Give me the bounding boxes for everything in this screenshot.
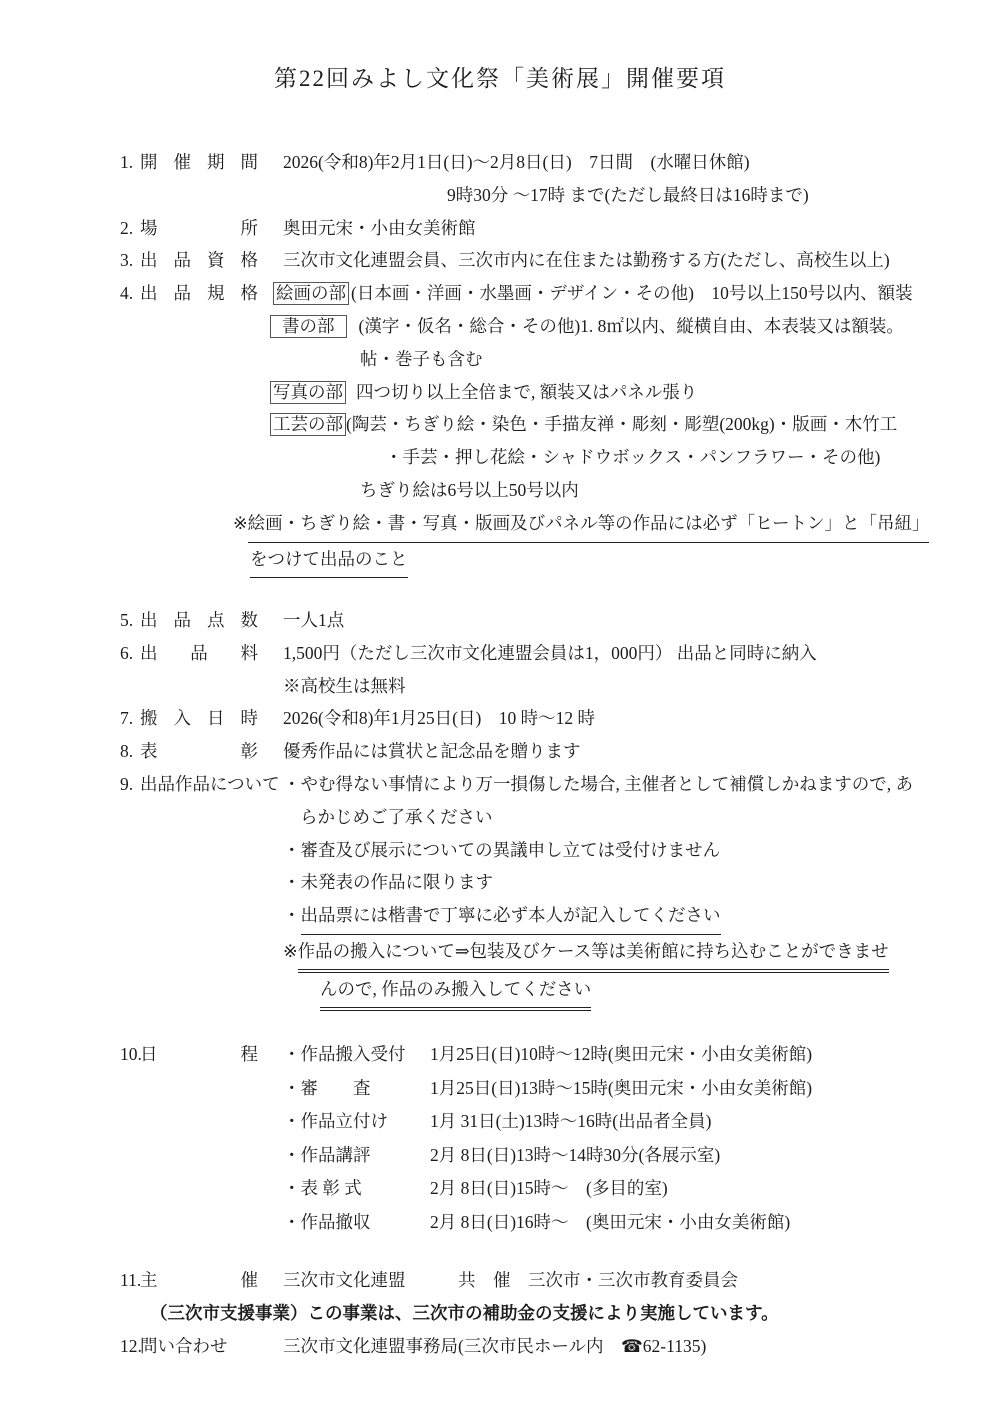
item-9-row-2: らかじめご了承ください xyxy=(120,801,960,834)
item-9-note-row-2: んので, 作品のみ搬入してください xyxy=(120,973,960,1011)
category-box-shashin: 写真の部 xyxy=(270,381,346,404)
page-title: 第22回みよし文化祭「美術展」開催要項 xyxy=(0,60,1000,93)
item-number: 3. xyxy=(120,244,140,277)
kogei-text-2: ・手芸・押し花絵・シャドウボックス・パンフラワー・その他) xyxy=(385,441,880,474)
item-label: 出品作品について xyxy=(140,768,283,801)
section-schedule: 10. 日 程 ・作品搬入受付 1月25日(日)10時～12時(奥田元宋・小由女… xyxy=(120,1038,960,1239)
item-7-text: 2026(令和8)年1月25日(日) 10 時～12 時 xyxy=(283,702,595,735)
item-4-row-kogei-2: ・手芸・押し花絵・シャドウボックス・パンフラワー・その他) xyxy=(120,441,960,474)
sho-cont-text: 帖・巻子も含む xyxy=(360,343,483,376)
item-label: 問い合わせ xyxy=(140,1330,283,1363)
schedule-row: ・作品講評 2月 8日(日)13時～14時30分(各展示室) xyxy=(120,1139,960,1173)
item-12-phone-number: 62-1135) xyxy=(643,1330,707,1363)
kaiga-text: (日本画・洋画・水墨画・デザイン・その他) 10号以上150号以内、額装 xyxy=(351,277,913,310)
item-1-row-2: 9時30分 ～17時 まで(ただし最終日は16時まで) xyxy=(120,179,960,212)
item-number: 7. xyxy=(120,702,140,735)
item-9-note-row-1: ※ 作品の搬入について⇒包装及びケース等は美術館に持ち込むことができませ xyxy=(120,935,960,973)
bullet-mark: ・ xyxy=(283,899,301,932)
item-1-text: 2026(令和8)年2月1日(日)～2月8日(日) 7日間 (水曜日休館) xyxy=(283,146,750,179)
item-number: 10. xyxy=(120,1038,140,1072)
item-label: 出 品 料 xyxy=(140,637,283,670)
item-number: 11. xyxy=(120,1264,140,1297)
schedule-row: ・表 彰 式 2月 8日(日)15時～ (多目的室) xyxy=(120,1172,960,1206)
item-9-row-4: ・未発表の作品に限ります xyxy=(120,866,960,899)
item-number: 9. xyxy=(120,768,140,801)
schedule-row: 10. 日 程 ・作品搬入受付 1月25日(日)10時～12時(奥田元宋・小由女… xyxy=(120,1038,960,1072)
item-2-text: 奥田元宋・小由女美術館 xyxy=(283,212,476,245)
category-box-sho: 書の部 xyxy=(270,315,347,338)
phone-icon: ☎ xyxy=(621,1330,643,1363)
item-9-row-5: ・ 出品票には楷書で丁寧に必ず本人が記入してください xyxy=(120,899,960,935)
item-1-hours: 9時30分 ～17時 まで(ただし最終日は16時まで) xyxy=(447,179,809,212)
schedule-event: ・表 彰 式 xyxy=(283,1172,430,1206)
section-items-11-12: 11. 主 催 三次市文化連盟 共 催 三次市・三次市教育委員会 （三次市支援事… xyxy=(120,1264,960,1363)
item-label: 日 程 xyxy=(140,1038,283,1072)
item-8-row: 8. 表 彰 優秀作品には賞状と記念品を贈ります xyxy=(120,735,960,768)
schedule-event: ・作品撤収 xyxy=(283,1206,430,1240)
schedule-time: 2月 8日(日)15時～ (多目的室) xyxy=(430,1172,668,1206)
schedule-event: ・審 査 xyxy=(283,1072,430,1106)
item-number: 12. xyxy=(120,1330,140,1363)
schedule-time: 1月25日(日)13時～15時(奥田元宋・小由女美術館) xyxy=(430,1072,812,1106)
item-11-text: 三次市文化連盟 共 催 三次市・三次市教育委員会 xyxy=(283,1264,738,1297)
item-6-row: 6. 出 品 料 1,500円（ただし三次市文化連盟会員は1，000円） 出品と… xyxy=(120,637,960,670)
item-6-note-row: ※高校生は無料 xyxy=(120,670,960,703)
item-4-row-kogei: 工芸の部 (陶芸・ちぎり絵・染色・手描友禅・彫刻・彫塑(200kg)・版画・木竹… xyxy=(120,408,960,441)
item-9-row-3: ・審査及び展示についての異議申し立ては受付けません xyxy=(120,834,960,867)
schedule-row: ・作品立付け 1月 31日(土)13時～16時(出品者全員) xyxy=(120,1105,960,1139)
item-9-bullet-1a: ・やむ得ない事情により万一損傷した場合, 主催者として補償しかねますので, あ xyxy=(283,768,913,801)
item-label: 表 彰 xyxy=(140,735,283,768)
item-number: 4. xyxy=(120,277,140,310)
item-4-row-kaiga: 4. 出 品 規 格 絵画の部 (日本画・洋画・水墨画・デザイン・その他) 10… xyxy=(120,277,960,310)
schedule-event: ・作品立付け xyxy=(283,1105,430,1139)
kogei-text-1: (陶芸・ちぎり絵・染色・手描友禅・彫刻・彫塑(200kg)・版画・木竹工 xyxy=(346,408,897,441)
shashin-text: 四つ切り以上全倍まで, 額装又はパネル張り xyxy=(356,376,697,409)
item-9-note-1: 作品の搬入について⇒包装及びケース等は美術館に持ち込むことができませ xyxy=(298,935,889,973)
support-note-row: （三次市支援事業）この事業は、三次市の補助金の支援により実施しています。 xyxy=(120,1297,960,1330)
item-11-row: 11. 主 催 三次市文化連盟 共 催 三次市・三次市教育委員会 xyxy=(120,1264,960,1297)
item-4-row-kogei-3: ちぎり絵は6号以上50号以内 xyxy=(120,474,960,507)
item-12-text: 三次市文化連盟事務局(三次市民ホール内 xyxy=(283,1330,621,1363)
hanging-note-1: 絵画・ちぎり絵・書・写真・版画及びパネル等の作品には必ず「ヒートン」と「吊紐」 xyxy=(248,507,930,543)
item-label: 出 品 点 数 xyxy=(140,604,283,637)
item-9-bullet-3: ・未発表の作品に限ります xyxy=(283,866,493,899)
item-number: 1. xyxy=(120,146,140,179)
item-6-note: ※高校生は無料 xyxy=(283,670,406,703)
item-4-row-sho-cont: 帖・巻子も含む xyxy=(120,343,960,376)
item-5-text: 一人1点 xyxy=(283,604,344,637)
item-label: 搬 入 日 時 xyxy=(140,702,283,735)
item-4-note-row-2: をつけて出品のこと xyxy=(120,543,960,579)
item-number: 8. xyxy=(120,735,140,768)
item-5-row: 5. 出 品 点 数 一人1点 xyxy=(120,604,960,637)
item-6-text: 1,500円（ただし三次市文化連盟会員は1，000円） 出品と同時に納入 xyxy=(283,637,817,670)
item-8-text: 優秀作品には賞状と記念品を贈ります xyxy=(283,735,581,768)
schedule-time: 2月 8日(日)16時～ (奥田元宋・小由女美術館) xyxy=(430,1206,790,1240)
item-2-row: 2. 場 所 奥田元宋・小由女美術館 xyxy=(120,212,960,245)
item-number: 2. xyxy=(120,212,140,245)
hanging-note-2: をつけて出品のこと xyxy=(250,543,408,579)
item-4-row-sho: 書の部 (漢字・仮名・総合・その他)1. 8㎡以内、縦横自由、本表装又は額装。 xyxy=(120,310,960,343)
item-12-row: 12. 問い合わせ 三次市文化連盟事務局(三次市民ホール内 ☎ 62-1135) xyxy=(120,1330,960,1363)
section-items-5-9: 5. 出 品 点 数 一人1点 6. 出 品 料 1,500円（ただし三次市文化… xyxy=(120,604,960,1011)
item-number: 6. xyxy=(120,637,140,670)
kogei-text-3: ちぎり絵は6号以上50号以内 xyxy=(360,474,579,507)
item-label: 主 催 xyxy=(140,1264,283,1297)
item-label: 場 所 xyxy=(140,212,283,245)
schedule-event: ・作品講評 xyxy=(283,1139,430,1173)
item-label: 出 品 資 格 xyxy=(140,244,283,277)
item-number: 5. xyxy=(120,604,140,637)
section-items-1-4: 1. 開 催 期 間 2026(令和8)年2月1日(日)～2月8日(日) 7日間… xyxy=(120,146,960,578)
item-4-row-shashin: 写真の部 四つ切り以上全倍まで, 額装又はパネル張り xyxy=(120,376,960,409)
schedule-time: 1月 31日(土)13時～16時(出品者全員) xyxy=(430,1105,711,1139)
schedule-row: ・作品撤収 2月 8日(日)16時～ (奥田元宋・小由女美術館) xyxy=(120,1206,960,1240)
note-mark: ※ xyxy=(233,507,248,540)
item-7-row: 7. 搬 入 日 時 2026(令和8)年1月25日(日) 10 時～12 時 xyxy=(120,702,960,735)
item-9-bullet-4: 出品票には楷書で丁寧に必ず本人が記入してください xyxy=(301,899,721,935)
item-4-note-row-1: ※ 絵画・ちぎり絵・書・写真・版画及びパネル等の作品には必ず「ヒートン」と「吊紐… xyxy=(120,507,960,543)
schedule-time: 2月 8日(日)13時～14時30分(各展示室) xyxy=(430,1139,720,1173)
schedule-event: ・作品搬入受付 xyxy=(283,1038,430,1072)
document-page: 第22回みよし文化祭「美術展」開催要項 1. 開 催 期 間 2026(令和8)… xyxy=(0,0,1000,1414)
item-label: 開 催 期 間 xyxy=(140,146,283,179)
category-box-kaiga: 絵画の部 xyxy=(273,282,349,305)
category-box-kogei: 工芸の部 xyxy=(270,413,346,436)
item-3-text: 三次市文化連盟会員、三次市内に在住または勤務する方(ただし、高校生以上) xyxy=(283,244,890,277)
item-9-row: 9. 出品作品について ・やむ得ない事情により万一損傷した場合, 主催者として補… xyxy=(120,768,960,801)
schedule-row: ・審 査 1月25日(日)13時～15時(奥田元宋・小由女美術館) xyxy=(120,1072,960,1106)
sho-text: (漢字・仮名・総合・その他)1. 8㎡以内、縦横自由、本表装又は額装。 xyxy=(359,310,904,343)
item-9-bullet-1b: らかじめご了承ください xyxy=(300,801,493,834)
item-label: 出 品 規 格 xyxy=(140,277,283,310)
note-mark: ※ xyxy=(283,935,298,968)
item-9-note-2: んので, 作品のみ搬入してください xyxy=(320,973,591,1011)
item-1-row: 1. 開 催 期 間 2026(令和8)年2月1日(日)～2月8日(日) 7日間… xyxy=(120,146,960,179)
support-note: （三次市支援事業）この事業は、三次市の補助金の支援により実施しています。 xyxy=(150,1297,779,1330)
schedule-time: 1月25日(日)10時～12時(奥田元宋・小由女美術館) xyxy=(430,1038,812,1072)
item-9-bullet-2: ・審査及び展示についての異議申し立ては受付けません xyxy=(283,834,720,867)
item-3-row: 3. 出 品 資 格 三次市文化連盟会員、三次市内に在住または勤務する方(ただし… xyxy=(120,244,960,277)
